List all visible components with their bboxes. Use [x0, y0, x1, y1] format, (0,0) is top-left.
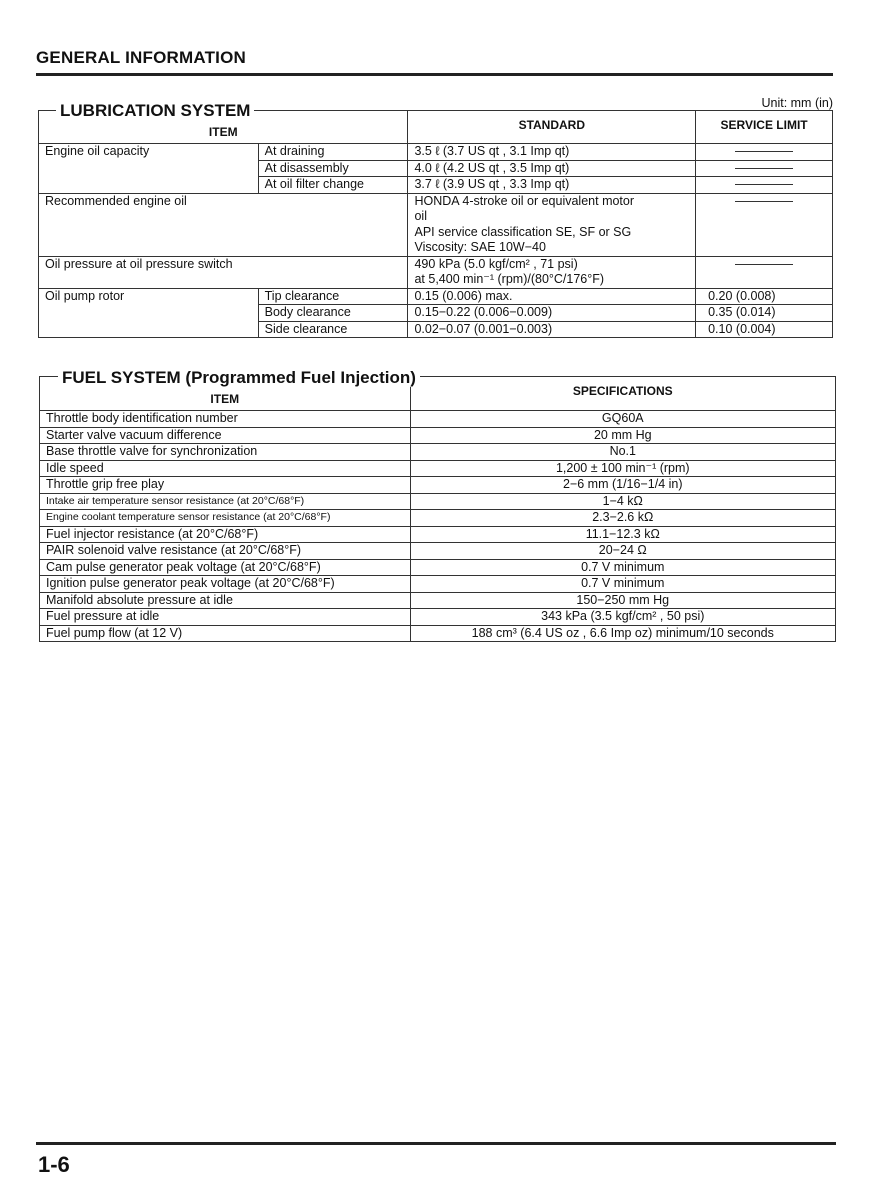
service-limit-value — [696, 177, 833, 194]
item-label: Fuel injector resistance (at 20°C/68°F) — [40, 526, 411, 543]
sub-item-label: At disassembly — [258, 160, 408, 177]
item-label: Starter valve vacuum difference — [40, 427, 411, 444]
column-header-standard: STANDARD — [408, 111, 696, 144]
item-label: Cam pulse generator peak voltage (at 20°… — [40, 559, 411, 576]
spec-value: 0.7 V minimum — [410, 559, 835, 576]
table-row: Idle speed1,200 ± 100 min⁻¹ (rpm) — [40, 460, 836, 477]
standard-line: API service classification SE, SF or SG — [414, 225, 689, 241]
service-limit-value: 0.10 (0.004) — [696, 321, 833, 338]
standard-value: 4.0 ℓ (4.2 US qt , 3.5 Imp qt) — [408, 160, 696, 177]
table-row: Throttle body identification numberGQ60A — [40, 411, 836, 428]
standard-value: 490 kPa (5.0 kgf/cm² , 71 psi) at 5,400 … — [408, 256, 696, 288]
no-limit-dash — [735, 201, 793, 202]
table-row: Oil pump rotor Tip clearance 0.15 (0.006… — [39, 288, 833, 305]
item-label: Oil pump rotor — [39, 288, 259, 338]
header-rule — [36, 73, 833, 76]
table-row: Oil pressure at oil pressure switch 490 … — [39, 256, 833, 288]
table-row: Starter valve vacuum difference20 mm Hg — [40, 427, 836, 444]
spec-value: 0.7 V minimum — [410, 576, 835, 593]
table-row: PAIR solenoid valve resistance (at 20°C/… — [40, 543, 836, 560]
item-label: Fuel pump flow (at 12 V) — [40, 625, 411, 642]
standard-line: oil — [414, 209, 689, 225]
item-label: Ignition pulse generator peak voltage (a… — [40, 576, 411, 593]
fuel-section-title: FUEL SYSTEM (Programmed Fuel Injection) — [58, 369, 420, 387]
item-label: Intake air temperature sensor resistance… — [40, 493, 411, 510]
no-limit-dash — [735, 184, 793, 185]
footer-rule — [36, 1142, 836, 1145]
standard-line: HONDA 4-stroke oil or equivalent motor — [414, 194, 689, 210]
sub-item-label: At draining — [258, 144, 408, 161]
item-label: Base throttle valve for synchronization — [40, 444, 411, 461]
standard-line: 490 kPa (5.0 kgf/cm² , 71 psi) — [414, 257, 689, 273]
spec-value: 20−24 Ω — [410, 543, 835, 560]
table-row: Intake air temperature sensor resistance… — [40, 493, 836, 510]
standard-value: 3.7 ℓ (3.9 US qt , 3.3 Imp qt) — [408, 177, 696, 194]
service-limit-value: 0.35 (0.014) — [696, 305, 833, 322]
item-label: Engine coolant temperature sensor resist… — [40, 510, 411, 527]
table-row: Fuel pressure at idle343 kPa (3.5 kgf/cm… — [40, 609, 836, 626]
spec-value: GQ60A — [410, 411, 835, 428]
spec-value: 2.3−2.6 kΩ — [410, 510, 835, 527]
spec-value: 150−250 mm Hg — [410, 592, 835, 609]
standard-value: 0.15−0.22 (0.006−0.009) — [408, 305, 696, 322]
item-label: Throttle body identification number — [40, 411, 411, 428]
service-limit-value — [696, 160, 833, 177]
table-row: Recommended engine oil HONDA 4-stroke oi… — [39, 193, 833, 256]
page-header: GENERAL INFORMATION — [36, 48, 246, 68]
unit-note: Unit: mm (in) — [761, 96, 833, 110]
spec-value: 343 kPa (3.5 kgf/cm² , 50 psi) — [410, 609, 835, 626]
sub-item-label: Body clearance — [258, 305, 408, 322]
no-limit-dash — [735, 168, 793, 169]
spec-value: 1,200 ± 100 min⁻¹ (rpm) — [410, 460, 835, 477]
sub-item-label: Side clearance — [258, 321, 408, 338]
spec-value: 188 cm³ (6.4 US oz , 6.6 Imp oz) minimum… — [410, 625, 835, 642]
item-label: PAIR solenoid valve resistance (at 20°C/… — [40, 543, 411, 560]
lubrication-section-title: LUBRICATION SYSTEM — [56, 102, 254, 120]
service-limit-value: 0.20 (0.008) — [696, 288, 833, 305]
spec-value: 1−4 kΩ — [410, 493, 835, 510]
table-row: Cam pulse generator peak voltage (at 20°… — [40, 559, 836, 576]
item-label: Recommended engine oil — [39, 193, 408, 256]
column-header-service-limit: SERVICE LIMIT — [696, 111, 833, 144]
fuel-system-table: ITEM SPECIFICATIONS Throttle body identi… — [39, 376, 836, 642]
item-label: Manifold absolute pressure at idle — [40, 592, 411, 609]
table-row: Base throttle valve for synchronizationN… — [40, 444, 836, 461]
spec-value: 11.1−12.3 kΩ — [410, 526, 835, 543]
table-row: Fuel pump flow (at 12 V)188 cm³ (6.4 US … — [40, 625, 836, 642]
item-label: Engine oil capacity — [39, 144, 259, 194]
page-number: 1-6 — [38, 1152, 70, 1178]
lubrication-table: ITEM STANDARD SERVICE LIMIT Engine oil c… — [38, 110, 833, 338]
standard-value: 3.5 ℓ (3.7 US qt , 3.1 Imp qt) — [408, 144, 696, 161]
spec-value: No.1 — [410, 444, 835, 461]
standard-line: Viscosity: SAE 10W−40 — [414, 240, 689, 256]
table-row: Manifold absolute pressure at idle150−25… — [40, 592, 836, 609]
item-label: Oil pressure at oil pressure switch — [39, 256, 408, 288]
standard-value: HONDA 4-stroke oil or equivalent motor o… — [408, 193, 696, 256]
standard-value: 0.15 (0.006) max. — [408, 288, 696, 305]
table-row: Ignition pulse generator peak voltage (a… — [40, 576, 836, 593]
column-header-specifications: SPECIFICATIONS — [410, 377, 835, 411]
service-limit-value — [696, 256, 833, 288]
spec-value: 2−6 mm (1/16−1/4 in) — [410, 477, 835, 494]
item-label: Idle speed — [40, 460, 411, 477]
item-label: Throttle grip free play — [40, 477, 411, 494]
sub-item-label: Tip clearance — [258, 288, 408, 305]
table-row: Throttle grip free play2−6 mm (1/16−1/4 … — [40, 477, 836, 494]
no-limit-dash — [735, 264, 793, 265]
spec-value: 20 mm Hg — [410, 427, 835, 444]
service-limit-value — [696, 144, 833, 161]
service-limit-value — [696, 193, 833, 256]
table-row: Engine coolant temperature sensor resist… — [40, 510, 836, 527]
table-row: Fuel injector resistance (at 20°C/68°F)1… — [40, 526, 836, 543]
standard-line: at 5,400 min⁻¹ (rpm)/(80°C/176°F) — [414, 272, 689, 288]
sub-item-label: At oil filter change — [258, 177, 408, 194]
item-label: Fuel pressure at idle — [40, 609, 411, 626]
standard-value: 0.02−0.07 (0.001−0.003) — [408, 321, 696, 338]
no-limit-dash — [735, 151, 793, 152]
table-row: Engine oil capacity At draining 3.5 ℓ (3… — [39, 144, 833, 161]
